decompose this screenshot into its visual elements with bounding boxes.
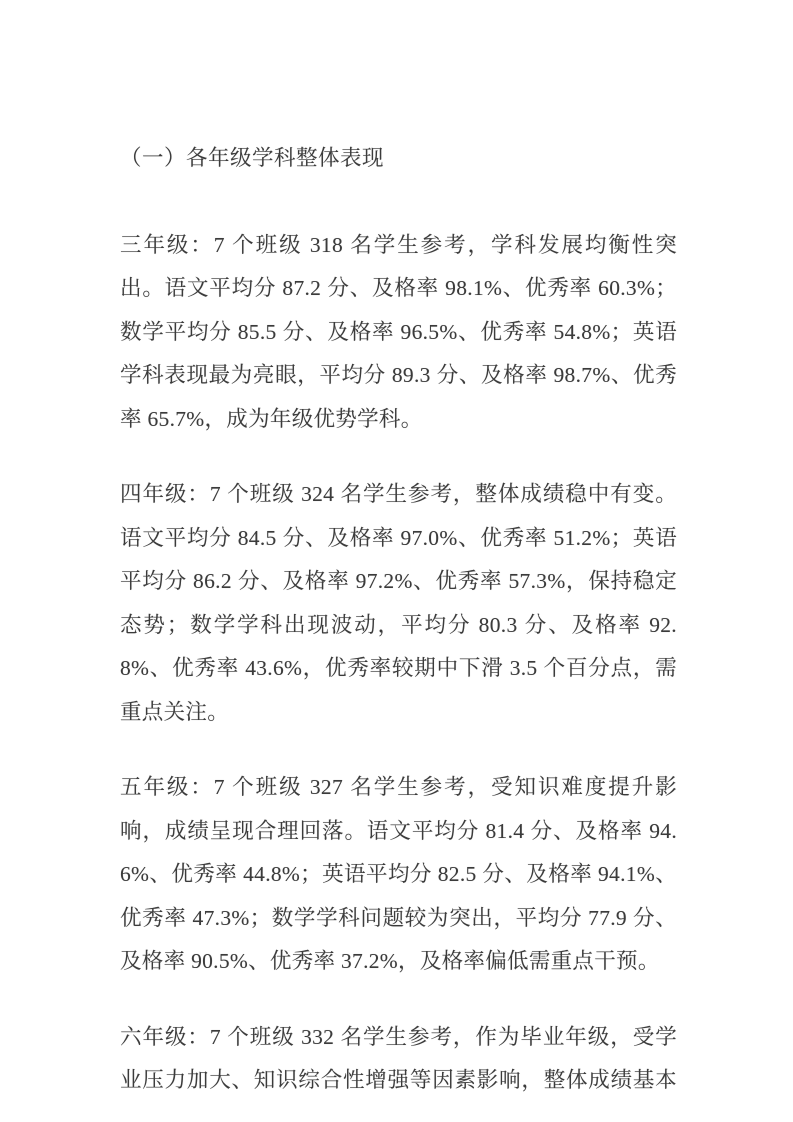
section-heading: （一）各年级学科整体表现 — [120, 137, 677, 181]
document-page: （一）各年级学科整体表现 三年级：7 个班级 318 名学生参考，学科发展均衡性… — [0, 0, 793, 1122]
paragraph-grade6-partial: 六年级：7 个班级 332 名学生参考，作为毕业年级，受学业压力加大、知识综合性… — [120, 1016, 677, 1104]
paragraph-grade3: 三年级：7 个班级 318 名学生参考，学科发展均衡性突出。语文平均分 87.2… — [120, 224, 677, 442]
paragraph-grade5: 五年级：7 个班级 327 名学生参考，受知识难度提升影响，成绩呈现合理回落。语… — [120, 766, 677, 984]
paragraph-grade4: 四年级：7 个班级 324 名学生参考，整体成绩稳中有变。语文平均分 84.5 … — [120, 473, 677, 734]
